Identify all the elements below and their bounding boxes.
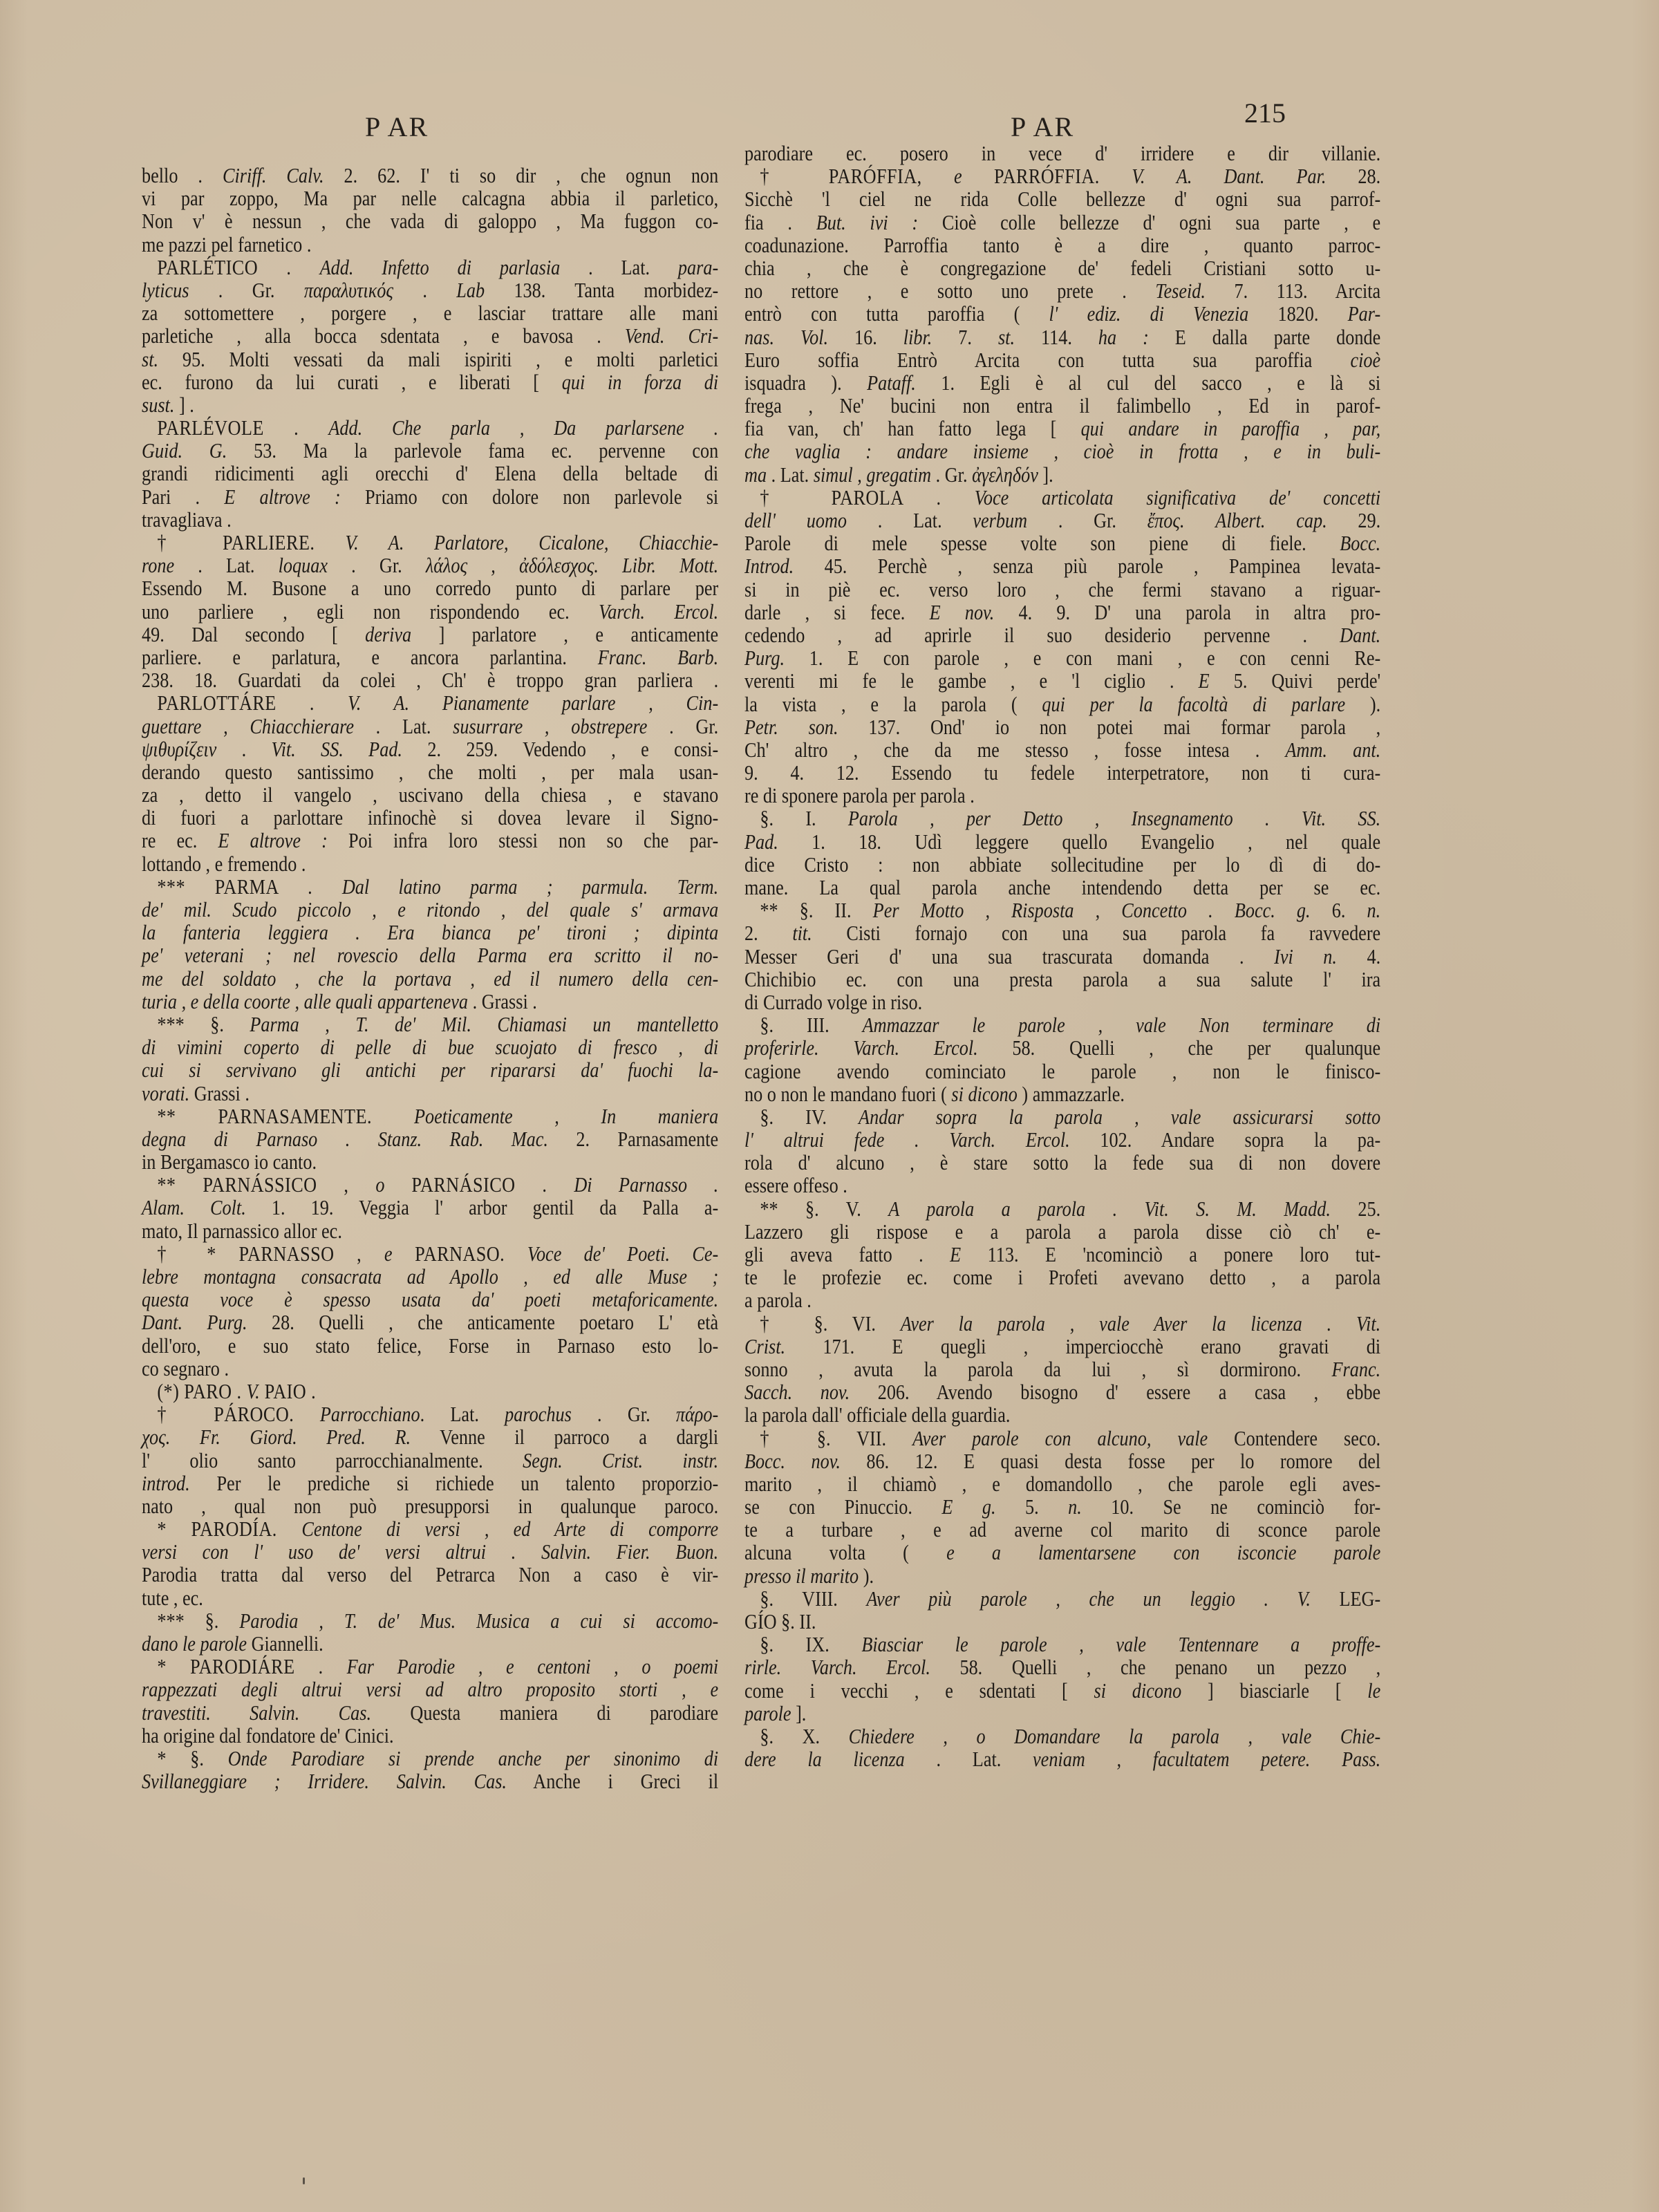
entry-headword: PARNASO. (392, 1242, 527, 1266)
roman-text: l' olio santo parrocchianalmente. (142, 1449, 523, 1472)
italic-text: Bocc. (1340, 532, 1380, 555)
text-line: Messer Geri d' una sua trascurata domand… (744, 946, 1380, 968)
italic-text: presso il marito (744, 1564, 859, 1588)
roman-text: Euro soffia Entrò Arcita con tutta sua p… (744, 348, 1351, 372)
roman-text: a parola . (744, 1288, 812, 1312)
italic-text: verbum (973, 509, 1027, 532)
entry-headword: PAIO . (260, 1380, 316, 1403)
text-line: * §. Onde Parodiare si prende anche per … (142, 1747, 718, 1770)
italic-text: Dant. Purg. (142, 1311, 247, 1334)
left-column: bello . Ciriff. Calv. 2. 62. I' ti so di… (142, 165, 718, 1793)
roman-text: Parodia tratta dal verso del Petrarca No… (142, 1563, 718, 1586)
text-line: ** §. V. A parola a parola . Vit. S. M. … (744, 1198, 1380, 1221)
italic-text: qui andare in paroffia , par, (1081, 417, 1381, 440)
roman-text: . (216, 738, 271, 761)
roman-text: Pari . (142, 485, 224, 509)
italic-text: si dicono (951, 1082, 1017, 1106)
italic-text: Aver più parole , che un leggio . V. (866, 1587, 1310, 1611)
italic-text: Ciriff. Calv. (223, 164, 324, 187)
roman-text: ] . (174, 393, 194, 417)
roman-text: † §. VII. (760, 1427, 912, 1450)
roman-text: ]. (791, 1702, 807, 1725)
roman-text: Messer Geri d' una sua trascurata domand… (744, 945, 1274, 968)
right-column: parodiare ec. posero in vece d' irridere… (744, 142, 1380, 1771)
roman-text: parliere. e parlatura, e ancora parlanti… (142, 646, 598, 669)
text-line: 9. 4. 12. Essendo tu fedele interpetrato… (744, 762, 1380, 785)
roman-text: Contendere seco. (1208, 1427, 1380, 1450)
text-line: di vimini coperto di pelle di bue scuoja… (142, 1036, 718, 1059)
italic-text: le (1367, 1679, 1380, 1703)
italic-text: rappezzati degli altrui versi ad altro p… (142, 1678, 718, 1701)
text-line: Euro soffia Entrò Arcita con tutta sua p… (744, 349, 1380, 372)
italic-text: l' ediz. di Venezia (1049, 302, 1249, 326)
text-line: turia , e della coorte , alle quali appa… (142, 991, 718, 1013)
italic-text: Teseid. (1155, 279, 1206, 303)
roman-text: nato , qual non può presupporsi in qualu… (142, 1494, 718, 1518)
entry-headword: * PARODÍA. (157, 1517, 301, 1541)
italic-text: Per Motto , Risposta , Concetto . Bocc. … (873, 899, 1311, 922)
italic-text: ha : (1098, 326, 1149, 349)
italic-text: Franc. (1332, 1358, 1381, 1381)
text-line: in Bergamasco io canto. (142, 1151, 718, 1174)
italic-text: E nov. (930, 601, 995, 624)
text-line: §. III. Ammazzar le parole , vale Non te… (744, 1014, 1380, 1037)
roman-text: re di sponere parola per parola . (744, 784, 975, 807)
roman-text: §. VIII. (760, 1587, 866, 1611)
text-line: gli aveva fatto . E 113. E 'ncominciò a … (744, 1244, 1380, 1266)
roman-text: gli aveva fatto . (744, 1243, 950, 1266)
roman-text: §. III. (760, 1013, 862, 1037)
roman-text: fia . (744, 211, 816, 234)
text-line: la fanteria leggiera . Era bianca pe' ti… (142, 921, 718, 944)
text-line: l' olio santo parrocchianalmente. Segn. … (142, 1450, 718, 1472)
text-line: Crist. 171. E quegli , imperciocchè eran… (744, 1335, 1380, 1358)
text-line: Sacch. nov. 206. Avendo bisogno d' esser… (744, 1381, 1380, 1404)
roman-text: . (393, 279, 456, 302)
entry-headword: PARLOTTÁRE . (157, 691, 348, 715)
roman-text: fia van, ch' han fatto lega [ (744, 417, 1081, 440)
text-line: chia , che è congregazione de' fedeli Cr… (744, 257, 1380, 280)
roman-text: * §. (157, 1747, 227, 1770)
roman-text: se con Pinuccio. (744, 1495, 941, 1519)
roman-text: ). (859, 1564, 874, 1588)
italic-text: n. (1068, 1495, 1082, 1519)
text-line: *** §. Parma , T. de' Mil. Chiamasi un m… (142, 1013, 718, 1036)
text-line: ** PARNÁSSICO , o PARNÁSICO . Di Parnass… (142, 1174, 718, 1197)
roman-text: 137. Ond' io non potei mai formar parola… (838, 715, 1381, 739)
italic-text: Franc. Barb. (598, 646, 718, 669)
text-line: GÍO §. II. (744, 1611, 1380, 1633)
text-line: grandi ridicimenti agli orecchi d' Elena… (142, 462, 718, 485)
italic-text: st. (998, 326, 1015, 349)
roman-text: 58. Quelli , che per qualunque (978, 1036, 1380, 1060)
text-line: uno parliere , egli non rispondendo ec. … (142, 601, 718, 624)
roman-text: 4. 9. D' una parola in altra pro- (994, 601, 1380, 624)
text-line: dere la licenza . Lat. veniam , facultat… (744, 1748, 1380, 1771)
text-line: Essendo M. Busone a uno corredo punto di… (142, 577, 718, 600)
italic-text: Centone di versi , ed Arte di comporre (301, 1517, 718, 1541)
text-line: za sottomettere , porgere , e lasciar tr… (142, 302, 718, 325)
italic-text: Guid. G. (142, 439, 227, 462)
italic-text: χος. Fr. Giord. Pred. R. (142, 1425, 411, 1449)
text-line: ** PARNASAMENTE. Poeticamente , In manie… (142, 1105, 718, 1128)
roman-text: no rettore , e sotto uno prete . (744, 279, 1155, 303)
text-line: Lazzero gli rispose e a parola a parola … (744, 1221, 1380, 1244)
roman-text: 1. 18. Udì leggere quello Evangelio , ne… (778, 830, 1380, 854)
text-line: §. I. Parola , per Detto , Insegnamento … (744, 807, 1380, 830)
roman-text: sonno , avuta la parola da lui , sì dorm… (744, 1358, 1332, 1381)
roman-text: 86. 12. E quasi desta fosse per lo romor… (841, 1450, 1380, 1473)
italic-text: Pataff. (867, 371, 916, 395)
roman-text: 238. 18. Guardati da colei , Ch' è tropp… (142, 668, 718, 692)
roman-text: isquadra ). (744, 371, 867, 395)
roman-text: . Gr. (931, 463, 972, 487)
italic-text: Svillaneggiare ; Irridere. Salvin. Cas. (142, 1770, 507, 1793)
roman-text: ]. (1038, 463, 1053, 487)
italic-text: questa voce è spesso usata da' poeti met… (142, 1288, 718, 1311)
text-line: *** PARMA . Dal latino parma ; parmula. … (142, 876, 718, 899)
text-line: degna di Parnaso . Stanz. Rab. Mac. 2. P… (142, 1128, 718, 1151)
roman-text: lottando , e fremendo . (142, 852, 306, 876)
roman-text: 25. (1331, 1197, 1380, 1221)
text-line: Dant. Purg. 28. Quelli , che anticamente… (142, 1311, 718, 1334)
roman-text: ha origine dal fondatore de' Cinici. (142, 1724, 394, 1747)
italic-text: παραλυτικός (304, 279, 393, 302)
roman-text: . Gr. (328, 554, 426, 577)
text-line: si in piè ec. verso loro , che fermi sta… (744, 579, 1380, 601)
text-line: §. IV. Andar sopra la parola , vale assi… (744, 1106, 1380, 1129)
italic-text: πάρο- (676, 1403, 718, 1426)
italic-text: guettare , Chiacchierare (142, 715, 354, 738)
text-line: vi par zoppo, Ma par nelle calcagna abbi… (142, 187, 718, 210)
italic-text: E altrove : (224, 485, 341, 509)
roman-text: Cioè colle bellezze d' ogni sua parte , … (918, 211, 1380, 234)
italic-text: Ammazzar le parole , vale Non terminare … (863, 1013, 1381, 1037)
roman-text: §. IV. (760, 1105, 859, 1129)
roman-text: GÍO §. II. (744, 1610, 816, 1633)
italic-text: V. (246, 1380, 259, 1403)
roman-text: † §. VI. (760, 1312, 900, 1335)
roman-text: . Lat. (174, 554, 279, 577)
italic-text: la fanteria leggiera . Era bianca pe' ti… (142, 921, 718, 944)
entry-headword: * PARODIÁRE . (157, 1655, 346, 1678)
italic-text: proferirle. Varch. Ercol. (744, 1036, 978, 1060)
italic-text: A parola a parola . Vit. S. M. Madd. (888, 1197, 1331, 1221)
italic-text: Aver la parola , vale Aver la licenza . … (901, 1312, 1380, 1335)
text-line: versi con l' uso de' versi altrui . Salv… (142, 1541, 718, 1564)
text-line: la parola dall' officiale della guardia. (744, 1404, 1380, 1427)
roman-text: §. I. (760, 807, 848, 830)
italic-text: turia , e della coorte , alle quali appa… (142, 990, 468, 1013)
italic-text: ἔπος. Albert. cap. (1147, 509, 1327, 532)
text-line: * PARODIÁRE . Far Parodie , e centoni , … (142, 1656, 718, 1678)
roman-text: parletiche , alla bocca sdentata , e bav… (142, 324, 625, 348)
text-line: Pad. 1. 18. Udì leggere quello Evangelio… (744, 831, 1380, 854)
text-line: marito , il chiamò , e domandollo , che … (744, 1473, 1380, 1496)
roman-text: 58. Quelli , che penano un pezzo , (930, 1656, 1380, 1679)
roman-text: si in piè ec. verso loro , che fermi sta… (744, 578, 1380, 601)
italic-text: E altrove : (218, 829, 327, 852)
roman-text: 206. Avendo bisogno d' essere a casa , e… (850, 1380, 1380, 1404)
text-line: rola d' alcuno , è stare sotto la fede s… (744, 1152, 1380, 1174)
roman-text: 2. Parnasamente (548, 1127, 718, 1151)
roman-text: 113. E 'ncominciò a ponere loro tut- (961, 1243, 1380, 1266)
roman-text: marito , il chiamò , e domandollo , che … (744, 1472, 1380, 1496)
text-line: † * PARNASSO , e PARNASO. Voce de' Poeti… (142, 1243, 718, 1266)
italic-text: Varch. Ercol. (599, 600, 718, 624)
text-line: entrò con tutta paroffia ( l' ediz. di V… (744, 303, 1380, 326)
text-line: nato , qual non può presupporsi in qualu… (142, 1495, 718, 1518)
roman-text: . Lat. (905, 1747, 1033, 1771)
text-line: lottando , e fremendo . (142, 853, 718, 876)
roman-text: 1. E con parole , e con mani , e con cen… (785, 646, 1380, 670)
roman-text: . Lat. (354, 715, 453, 738)
italic-text: Bocc. nov. (744, 1450, 841, 1473)
italic-text: Di Parnasso . (574, 1173, 718, 1197)
text-line: rone . Lat. loquax . Gr. λάλος , ἀδόλεσχ… (142, 554, 718, 577)
italic-text: susurrare , obstrepere (453, 715, 647, 738)
text-line: cagione avendo cominciato le parole , no… (744, 1060, 1380, 1083)
roman-text: Chichibio ec. con una presta parola a su… (744, 968, 1380, 991)
ink-speck (303, 2177, 305, 2184)
text-line: pe' veterani ; nel rovescio della Parma … (142, 944, 718, 967)
italic-text: rirle. Varch. Ercol. (744, 1656, 930, 1679)
roman-text: rola d' alcuno , è stare sotto la fede s… (744, 1151, 1380, 1174)
text-line: a parola . (744, 1289, 1380, 1312)
roman-text: te le profezie ec. come i Profeti avevan… (744, 1266, 1380, 1289)
roman-text: ec. furono da lui curati , e liberati [ (142, 371, 562, 394)
roman-text: 1820. (1248, 302, 1347, 326)
text-line: PARLÉVOLE . Add. Che parla , Da parlarse… (142, 417, 718, 440)
italic-text: E g. (941, 1495, 995, 1519)
roman-text: 29. (1327, 509, 1381, 532)
roman-text: Essendo M. Busone a uno corredo punto di… (142, 577, 718, 600)
roman-text: . Lat. (560, 256, 678, 279)
text-line: §. X. Chiedere , o Domandare la parola ,… (744, 1725, 1380, 1748)
text-line: fia . But. ivi : Cioè colle bellezze d' … (744, 212, 1380, 234)
roman-text: la parola dall' officiale della guardia. (744, 1403, 1010, 1427)
text-line: dell'oro, e suo stato felice, Forse in P… (142, 1335, 718, 1358)
roman-text: . Gr. (572, 1403, 676, 1426)
roman-text: Per le prediche si richiede un talento p… (190, 1472, 718, 1495)
text-line: travagliava . (142, 509, 718, 532)
roman-text: za sottomettere , porgere , e lasciar tr… (142, 301, 718, 325)
roman-text: grandi ridicimenti agli orecchi d' Elena… (142, 462, 718, 485)
roman-text: uno parliere , egli non rispondendo ec. (142, 600, 599, 624)
text-line: dell' uomo . Lat. verbum . Gr. ἔπος. Alb… (744, 509, 1380, 532)
italic-text: Parola , per Detto , Insegnamento . Vit.… (848, 807, 1380, 830)
text-line: re ec. E altrove : Poi infra loro stessi… (142, 829, 718, 852)
text-line: derando questo santissimo , che molti , … (142, 761, 718, 784)
roman-text: . Gr. (647, 715, 718, 738)
entry-headword: ** PARNASAMENTE. (157, 1105, 414, 1128)
roman-text: 28. Quelli , che anticamente poetaro L' … (247, 1311, 719, 1334)
text-line: essere offeso . (744, 1174, 1380, 1197)
italic-text: deriva (365, 623, 411, 646)
roman-text: 1. 19. Veggia l' arbor gentil da Palla a… (246, 1196, 718, 1219)
roman-text: Sicchè 'l ciel ne rida Colle bellezze d'… (744, 187, 1380, 211)
text-line: me pazzi pel farnetico . (142, 234, 718, 256)
roman-text: 53. Ma la parlevole fama ec. pervenne co… (227, 439, 718, 462)
roman-text: . Gr. (1027, 509, 1147, 532)
italic-text: ἀγεληδόν (972, 463, 1038, 487)
italic-text: Parrocchiano (320, 1403, 420, 1426)
roman-text: Grassi . (189, 1082, 250, 1105)
text-line: χος. Fr. Giord. Pred. R. Venne il parroc… (142, 1426, 718, 1449)
italic-text: Chiedere , o Domandare la parola , vale … (849, 1725, 1381, 1748)
text-line: Parodia tratta dal verso del Petrarca No… (142, 1564, 718, 1586)
roman-text: entrò con tutta paroffia ( (744, 302, 1049, 326)
italic-text: o (375, 1173, 384, 1197)
text-line: † PARLIERE. V. A. Parlatore, Cicalone, C… (142, 532, 718, 554)
text-line: † PAROLA . Voce articolata significativa… (744, 487, 1380, 509)
roman-text: 171. E quegli , imperciocchè erano grava… (785, 1335, 1380, 1358)
italic-text: Amm. ant. (1286, 738, 1381, 762)
italic-text: libr. (903, 326, 932, 349)
roman-text: di Currado volge in riso. (744, 991, 922, 1014)
italic-text: para- (678, 256, 718, 279)
text-line: (*) PARO . V. PAIO . (142, 1380, 718, 1403)
italic-text: Onde Parodiare si prende anche per sinon… (228, 1747, 719, 1770)
roman-text: 1. Egli è al cul del sacco , e là si (916, 371, 1380, 395)
italic-text: cioè (1351, 348, 1381, 372)
text-line: * PARODÍA. Centone di versi , ed Arte di… (142, 1518, 718, 1541)
text-line: §. IX. Biasciar le parole , vale Tentenn… (744, 1633, 1380, 1656)
italic-text: Introd. (744, 554, 794, 578)
text-line: *** §. Parodia , T. de' Mus. Musica a cu… (142, 1610, 718, 1633)
text-line: za , detto il vangelo , uscivano della c… (142, 784, 718, 807)
text-line: fia van, ch' han fatto lega [ qui andare… (744, 418, 1380, 440)
roman-text: 49. Dal secondo [ (142, 623, 365, 646)
entry-headword: PARRÓFFIA. (962, 165, 1132, 188)
roman-text: . Lat. (420, 1403, 505, 1426)
italic-text: Andar sopra la parola , vale assicurarsi… (859, 1105, 1380, 1129)
text-line: dano le parole Giannelli. (142, 1633, 718, 1656)
italic-text: qui in forza di (562, 371, 718, 394)
roman-text: 28. (1326, 165, 1380, 188)
italic-text: ψιθυρίζειν (142, 738, 216, 761)
text-line: darle , si fece. E nov. 4. 9. D' una par… (744, 601, 1380, 624)
roman-text: 7. 113. Arcita (1206, 279, 1380, 303)
roman-text: derando questo santissimo , che molti , … (142, 760, 718, 784)
italic-text: λάλος , ἀδόλεσχος. Libr. Mott. (426, 554, 718, 577)
text-line: me del soldato , che la portava , ed il … (142, 968, 718, 991)
italic-text: Petr. son. (744, 715, 838, 739)
roman-text: Lazzero gli rispose e a parola a parola … (744, 1220, 1380, 1244)
italic-text: e a lamentarsene con isconcie parole (946, 1541, 1380, 1564)
italic-text: rone (142, 554, 174, 577)
roman-text: 102. Andare sopra la pa- (1070, 1128, 1380, 1152)
roman-text: 5. Quivi perde' (1210, 669, 1381, 693)
text-line: Purg. 1. E con parole , e con mani , e c… (744, 647, 1380, 670)
roman-text: 114. (1015, 326, 1098, 349)
italic-text: loquax (279, 554, 328, 577)
italic-text: di vimini coperto di pelle di bue scuoja… (142, 1035, 718, 1059)
italic-text: qui per la facoltà di parlare (1042, 693, 1345, 716)
text-line: ** §. II. Per Motto , Risposta , Concett… (744, 899, 1380, 922)
text-line: 2. tit. Cisti fornajo con una sua parola… (744, 922, 1380, 945)
text-line: Parole di mele spesse volte son piene di… (744, 532, 1380, 555)
text-line: che vaglia : andare insieme , cioè in fr… (744, 440, 1380, 463)
italic-text: parochus (505, 1403, 572, 1426)
text-line: coadunazione. Parroffia tanto è a dire ,… (744, 234, 1380, 257)
text-line: cedendo , ad aprirle il suo desiderio pe… (744, 624, 1380, 647)
italic-text: Vend. Cri- (625, 324, 718, 348)
italic-text: sust. (142, 393, 174, 417)
text-line: PARLÉTICO . Add. Infetto di parlasia . L… (142, 256, 718, 279)
italic-text: V. A. Pianamente parlare , Cin- (348, 691, 718, 715)
text-line: lyticus . Gr. παραλυτικός . Lab 138. Tan… (142, 279, 718, 302)
text-line: st. 95. Molti vessati da mali ispiriti ,… (142, 348, 718, 371)
roman-text: 16. (828, 326, 903, 349)
roman-text: 5. (996, 1495, 1069, 1519)
text-line: nas. Vol. 16. libr. 7. st. 114. ha : E d… (744, 326, 1380, 349)
roman-text: di fuori a parlottare infinochè si dovea… (142, 806, 718, 829)
italic-text: Biasciar le parole , vale Tentennare a p… (861, 1633, 1380, 1656)
italic-text: vorati. (142, 1082, 189, 1105)
italic-text: dano le parole (142, 1632, 247, 1656)
italic-text: Parodia , T. de' Mus. Musica a cui si ac… (239, 1609, 718, 1633)
text-line: dice Cristo : non abbiate sollecitudine … (744, 854, 1380, 877)
text-line: guettare , Chiacchierare . Lat. susurrar… (142, 715, 718, 738)
italic-text: l' altrui fede . Varch. Ercol. (744, 1128, 1070, 1152)
roman-text: §. X. (760, 1725, 848, 1748)
italic-text: dere la licenza (744, 1747, 905, 1771)
italic-text: Voce articolata significativa de' concet… (975, 486, 1380, 509)
roman-text: 4. (1337, 945, 1380, 968)
italic-text: E (950, 1243, 961, 1266)
roman-text: 2. 62. I' ti so dir , che ognun non (324, 164, 719, 187)
text-line: Alam. Colt. 1. 19. Veggia l' arbor genti… (142, 1197, 718, 1219)
roman-text: Questa maniera di parodiare (371, 1701, 718, 1725)
roman-text: 7. (932, 326, 998, 349)
entry-headword: † PARÓFFIA, (760, 165, 954, 188)
roman-text: bello . (142, 164, 223, 187)
roman-text: darle , si fece. (744, 601, 930, 624)
roman-text: chia , che è congregazione de' fedeli Cr… (744, 256, 1380, 280)
italic-text: pe' veterani ; nel rovescio della Parma … (142, 944, 718, 967)
text-line: questa voce è spesso usata da' poeti met… (142, 1288, 718, 1311)
italic-text: Par- (1348, 302, 1381, 326)
roman-text: mane. La qual parola anche intendendo de… (744, 876, 1380, 899)
text-line: introd. Per le prediche si richiede un t… (142, 1472, 718, 1495)
text-line: Sicchè 'l ciel ne rida Colle bellezze d'… (744, 188, 1380, 211)
roman-text: in Bergamasco io canto. (142, 1150, 317, 1174)
text-line: Chichibio ec. con una presta parola a su… (744, 968, 1380, 991)
roman-text: 95. Molti vessati da mali ispiriti , e m… (158, 348, 718, 371)
text-line: Pari . E altrove : Priamo con dolore non… (142, 486, 718, 509)
italic-text: lebre montagna consacrata ad Apollo , ed… (142, 1265, 718, 1288)
roman-text: E dalla parte donde (1149, 326, 1380, 349)
text-line: Petr. son. 137. Ond' io non potei mai fo… (744, 716, 1380, 739)
text-line: de' mil. Scudo piccolo , e ritondo , del… (142, 899, 718, 921)
text-line: parletiche , alla bocca sdentata , e bav… (142, 325, 718, 348)
roman-text: . Lat. (767, 463, 814, 487)
text-line: tute , ec. (142, 1587, 718, 1610)
text-line: lebre montagna consacrata ad Apollo , ed… (142, 1266, 718, 1288)
italic-text: che vaglia : andare insieme , cioè in fr… (744, 440, 1380, 463)
italic-text: Far Parodie , e centoni , o poemi (347, 1655, 719, 1678)
text-line: verenti mi fe le gambe , e 'l ciglio . E… (744, 670, 1380, 693)
roman-text: Parole di mele spesse volte son piene di… (744, 532, 1340, 555)
roman-text: Priamo con dolore non parlevole si (341, 485, 718, 509)
text-line: come i vecchi , e sdentati [ si dicono ]… (744, 1680, 1380, 1703)
roman-text: za , detto il vangelo , uscivano della c… (142, 783, 718, 807)
text-line: Guid. G. 53. Ma la parlevole fama ec. pe… (142, 440, 718, 462)
italic-text: travestiti. Salvin. Cas. (142, 1701, 371, 1725)
text-line: † PARÓFFIA, e PARRÓFFIA. V. A. Dant. Par… (744, 165, 1380, 188)
text-line: no o non le mandano fuori ( si dicono ) … (744, 1083, 1380, 1106)
